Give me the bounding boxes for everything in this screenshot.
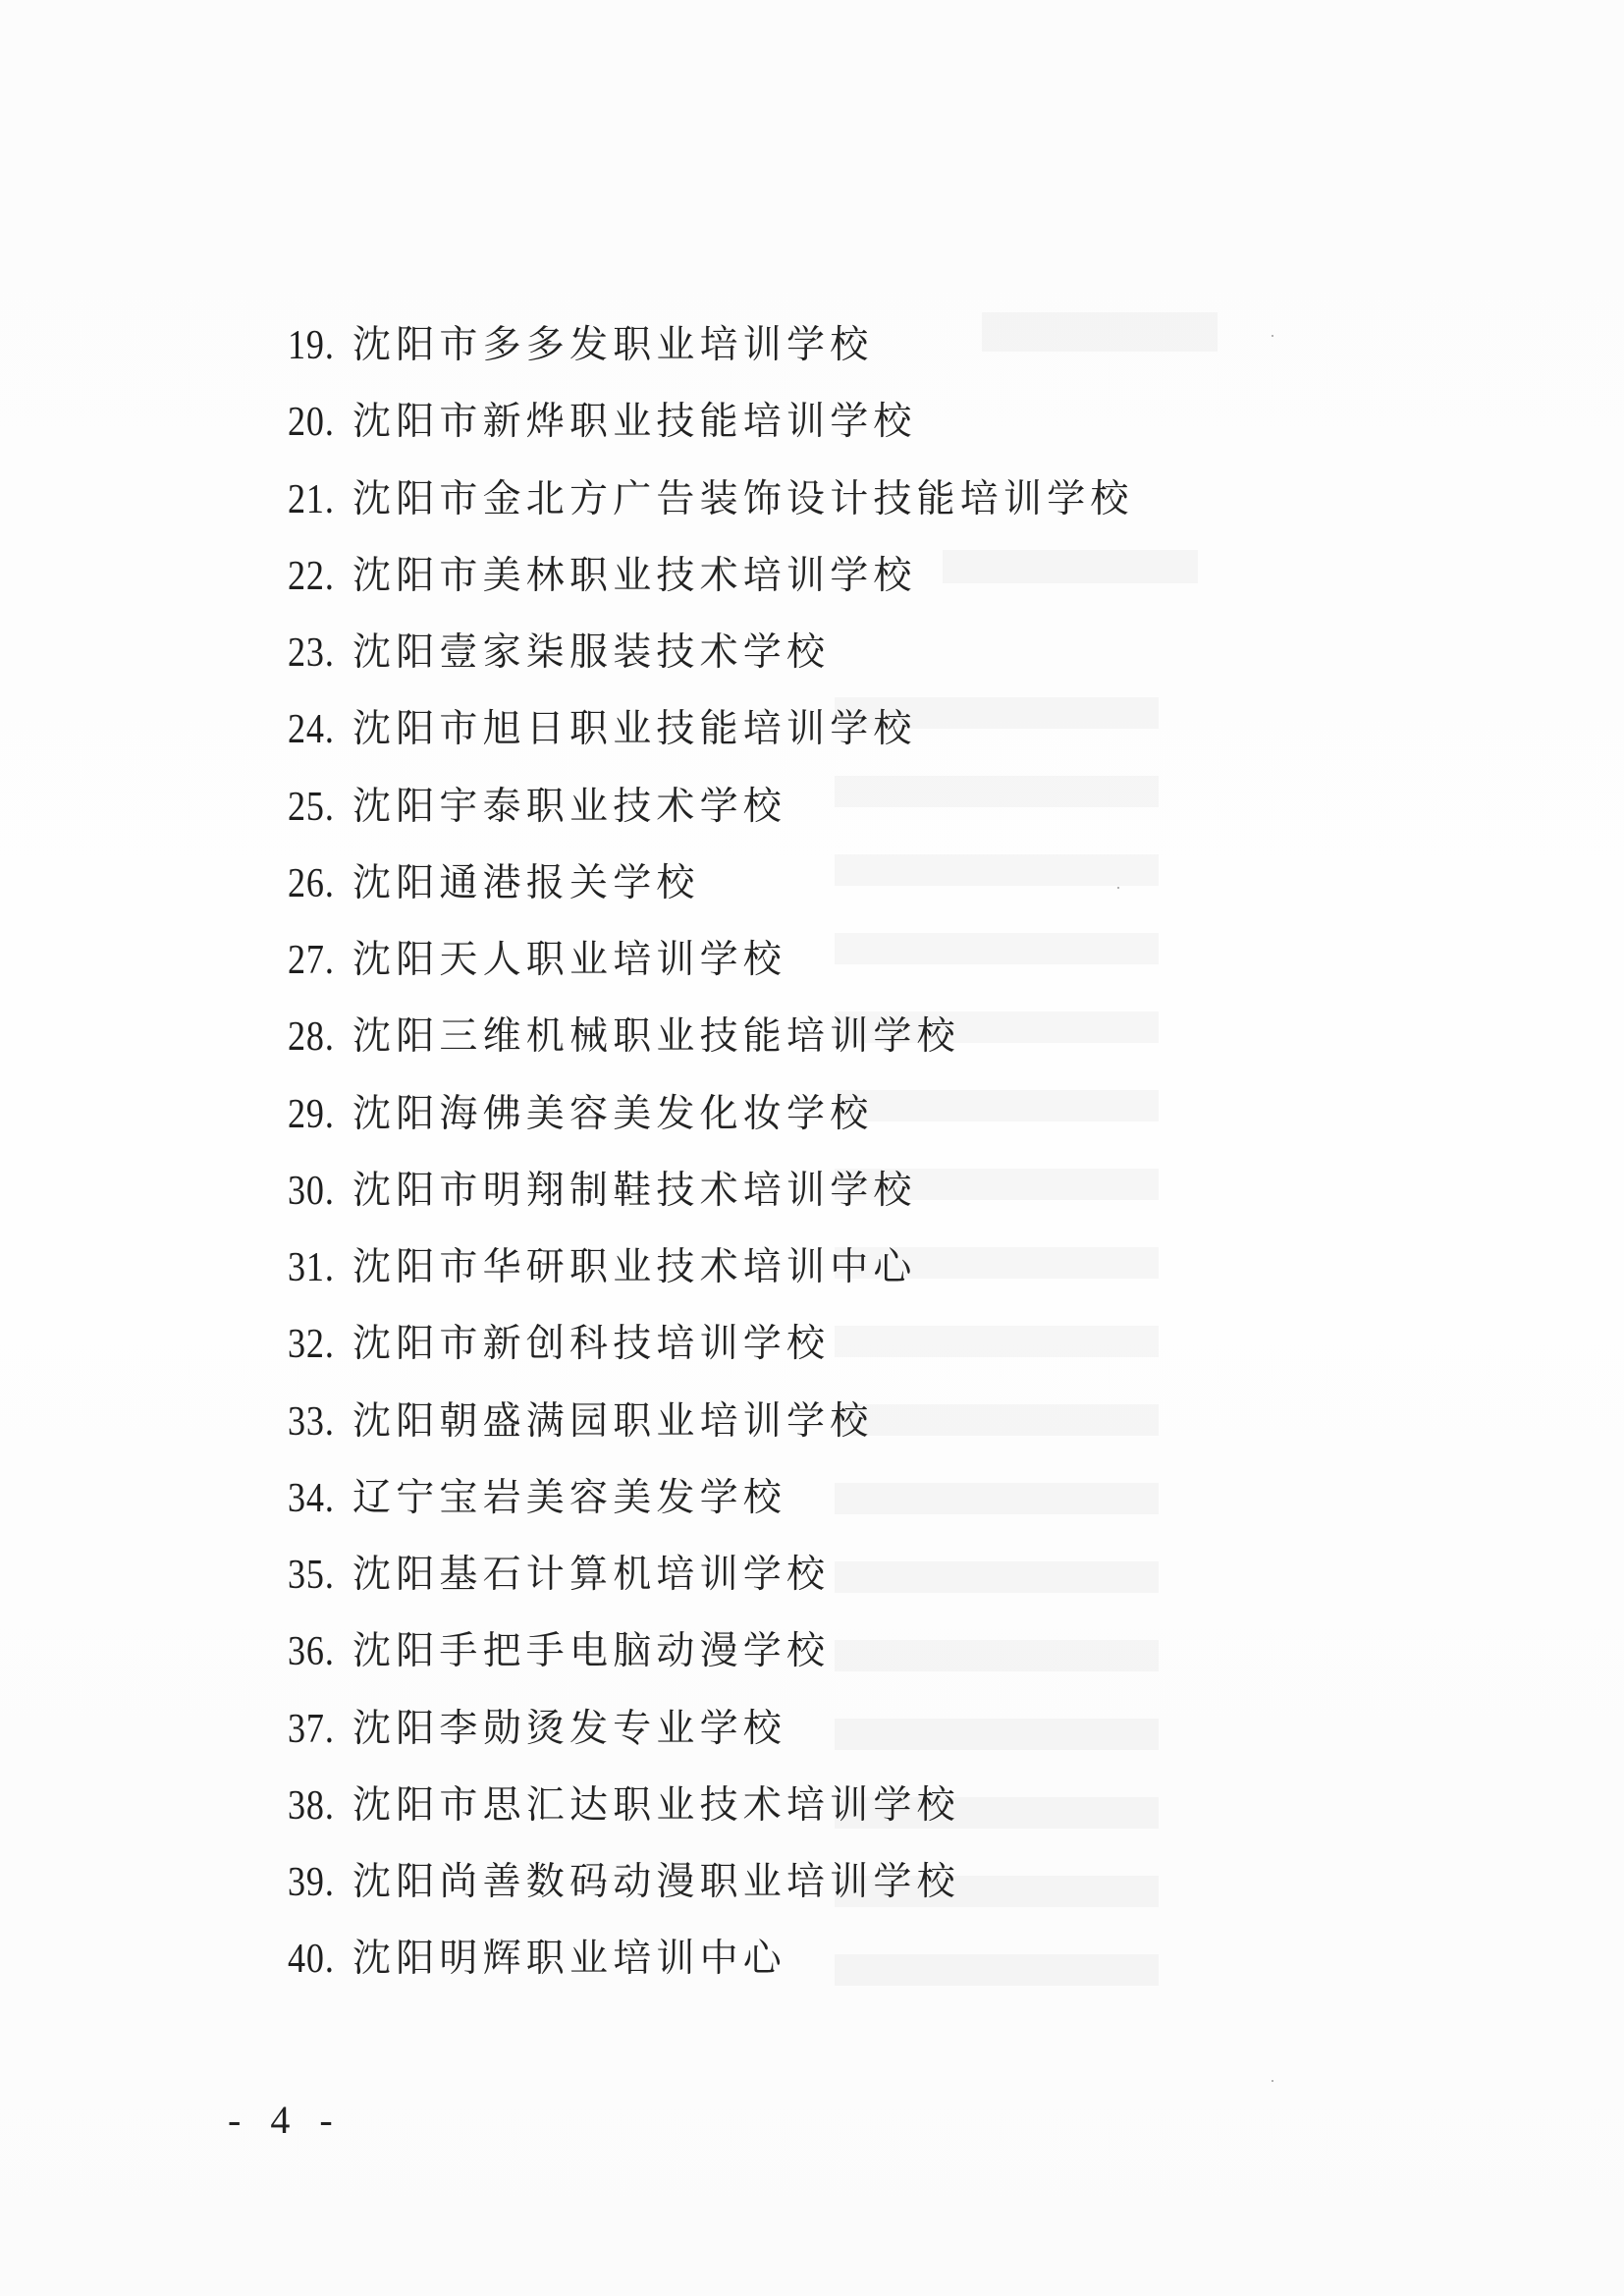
item-number: 23.	[288, 628, 344, 679]
item-name: 沈阳明辉职业培训中心	[352, 1934, 786, 1985]
item-number: 39.	[288, 1857, 344, 1908]
item-number: 19.	[288, 320, 344, 371]
item-number: 24.	[288, 704, 344, 755]
item-number: 40.	[288, 1934, 344, 1985]
scan-speck	[1272, 335, 1273, 337]
item-name: 沈阳通港报关学校	[352, 858, 700, 909]
item-number: 34.	[288, 1473, 344, 1524]
list-item: 20. 沈阳市新烨职业技能培训学校	[288, 397, 1134, 473]
item-name: 沈阳朝盛满园职业培训学校	[352, 1396, 873, 1448]
item-name: 沈阳尚善数码动漫职业培训学校	[352, 1857, 960, 1908]
item-number: 37.	[288, 1704, 344, 1755]
list-item: 22. 沈阳市美林职业技术培训学校	[288, 551, 1134, 628]
list-item: 40. 沈阳明辉职业培训中心	[288, 1934, 1134, 2010]
list-item: 31. 沈阳市华研职业技术培训中心	[288, 1242, 1134, 1319]
item-name: 辽宁宝岩美容美发学校	[352, 1473, 786, 1524]
list-item: 36. 沈阳手把手电脑动漫学校	[288, 1626, 1134, 1703]
item-number: 38.	[288, 1780, 344, 1831]
list-item: 23. 沈阳壹家柒服装技术学校	[288, 628, 1134, 704]
item-name: 沈阳天人职业培训学校	[352, 935, 786, 986]
item-name: 沈阳市金北方广告装饰设计技能培训学校	[352, 474, 1134, 525]
item-name: 沈阳宇泰职业技术学校	[352, 782, 786, 833]
list-item: 33. 沈阳朝盛满园职业培训学校	[288, 1396, 1134, 1473]
item-name: 沈阳市新创科技培训学校	[352, 1319, 830, 1370]
list-item: 38. 沈阳市思汇达职业技术培训学校	[288, 1780, 1134, 1857]
item-name: 沈阳海佛美容美发化妆学校	[352, 1089, 873, 1140]
item-number: 29.	[288, 1089, 344, 1140]
school-list: 19. 沈阳市多多发职业培训学校 20. 沈阳市新烨职业技能培训学校 21. 沈…	[288, 320, 1134, 2011]
item-number: 33.	[288, 1396, 344, 1448]
item-number: 32.	[288, 1319, 344, 1370]
list-item: 39. 沈阳尚善数码动漫职业培训学校	[288, 1857, 1134, 1934]
item-name: 沈阳李勋烫发专业学校	[352, 1704, 786, 1755]
item-name: 沈阳市多多发职业培训学校	[352, 320, 873, 371]
item-name: 沈阳三维机械职业技能培训学校	[352, 1011, 960, 1063]
item-name: 沈阳市旭日职业技能培训学校	[352, 704, 917, 755]
item-number: 36.	[288, 1626, 344, 1677]
list-item: 19. 沈阳市多多发职业培训学校	[288, 320, 1134, 397]
list-item: 35. 沈阳基石计算机培训学校	[288, 1550, 1134, 1626]
item-name: 沈阳手把手电脑动漫学校	[352, 1626, 830, 1677]
item-number: 25.	[288, 782, 344, 833]
list-item: 37. 沈阳李勋烫发专业学校	[288, 1704, 1134, 1780]
list-item: 27. 沈阳天人职业培训学校	[288, 935, 1134, 1011]
list-item: 24. 沈阳市旭日职业技能培训学校	[288, 704, 1134, 781]
list-item: 26. 沈阳通港报关学校	[288, 858, 1134, 935]
page-number: - 4 -	[228, 2097, 343, 2143]
document-page: 19. 沈阳市多多发职业培训学校 20. 沈阳市新烨职业技能培训学校 21. 沈…	[0, 0, 1624, 2296]
item-number: 28.	[288, 1011, 344, 1063]
item-name: 沈阳市明翔制鞋技术培训学校	[352, 1166, 917, 1217]
list-item: 30. 沈阳市明翔制鞋技术培训学校	[288, 1166, 1134, 1242]
item-number: 26.	[288, 858, 344, 909]
list-item: 28. 沈阳三维机械职业技能培训学校	[288, 1011, 1134, 1088]
item-number: 20.	[288, 397, 344, 448]
item-name: 沈阳壹家柒服装技术学校	[352, 628, 830, 679]
list-item: 34. 辽宁宝岩美容美发学校	[288, 1473, 1134, 1550]
item-name: 沈阳市华研职业技术培训中心	[352, 1242, 917, 1293]
item-number: 21.	[288, 474, 344, 525]
item-name: 沈阳基石计算机培训学校	[352, 1550, 830, 1601]
list-item: 32. 沈阳市新创科技培训学校	[288, 1319, 1134, 1395]
item-name: 沈阳市新烨职业技能培训学校	[352, 397, 917, 448]
item-number: 31.	[288, 1242, 344, 1293]
item-name: 沈阳市美林职业技术培训学校	[352, 551, 917, 602]
item-name: 沈阳市思汇达职业技术培训学校	[352, 1780, 960, 1831]
item-number: 35.	[288, 1550, 344, 1601]
scan-speck	[1272, 2080, 1273, 2082]
item-number: 30.	[288, 1166, 344, 1217]
list-item: 21. 沈阳市金北方广告装饰设计技能培训学校	[288, 474, 1134, 551]
item-number: 27.	[288, 935, 344, 986]
list-item: 29. 沈阳海佛美容美发化妆学校	[288, 1089, 1134, 1166]
item-number: 22.	[288, 551, 344, 602]
list-item: 25. 沈阳宇泰职业技术学校	[288, 782, 1134, 858]
